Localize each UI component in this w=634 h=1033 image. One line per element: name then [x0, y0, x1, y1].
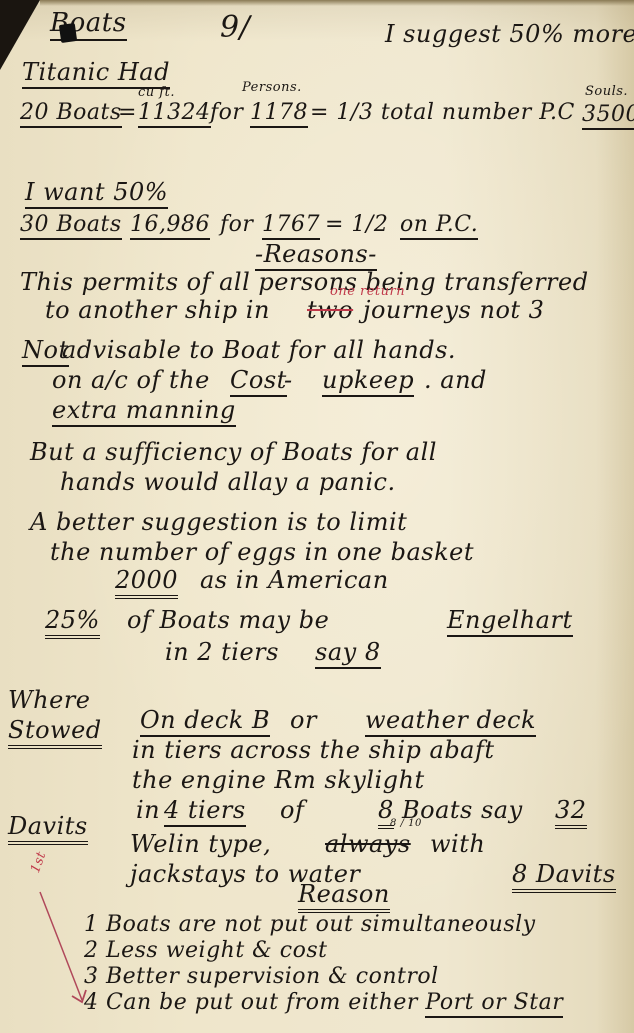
reason-item-3: 3 Better supervision & control [84, 964, 439, 989]
percent-25: 25% [45, 606, 100, 639]
with-word: with [430, 830, 485, 858]
two-tiers: in 2 tiers [165, 638, 279, 666]
header-note: I suggest 50% more [385, 20, 634, 48]
equals: = [118, 100, 137, 125]
four-tiers: 4 tiers [164, 796, 246, 827]
souls-label: Souls. [585, 84, 628, 99]
document-page: Boats 9/ I suggest 50% more Titanic Had … [0, 0, 634, 1033]
eight-davits: 8 Davits [512, 860, 616, 893]
number-2000: 2000 [115, 566, 178, 599]
of-word: of [280, 796, 304, 824]
stowed-line-2: in tiers across the ship abaft [132, 736, 495, 764]
reasons-line-2-end: journeys not 3 [363, 296, 544, 324]
struck-word: two [307, 296, 353, 324]
reason-item-1: 1 Boats are not put out simultaneously [84, 912, 536, 937]
reason-number: 1 [84, 912, 99, 937]
page-top-edge [40, 0, 634, 6]
stowed-label: Stowed [8, 716, 102, 749]
reason-text: Less weight & cost [106, 938, 327, 963]
engelhart-word: Engelhart [447, 606, 573, 637]
not-advisable-line-2a: on a/c of the [52, 366, 210, 394]
reason-text: Better supervision & control [106, 964, 439, 989]
i-want-label: I want 50% [25, 178, 168, 209]
cost-word: Cost [230, 366, 287, 397]
struck-always: always [325, 830, 411, 858]
upkeep-word: upkeep [322, 366, 414, 397]
ratio-text: = 1/3 total number P.C [310, 100, 575, 125]
reasons-line-1: This permits of all persons being transf… [20, 268, 589, 296]
ratio-text: = 1/2 [325, 212, 388, 237]
extra-manning: extra manning [52, 396, 236, 427]
in-word: in [136, 796, 160, 824]
welin-type: Welin type, [130, 830, 271, 858]
on-pc-text: on P.C. [400, 212, 478, 240]
reason-number: 2 [84, 938, 99, 963]
reason-item-4: 4 Can be put out from either Port or Sta… [84, 990, 563, 1015]
souls-value: 3500 [582, 102, 634, 130]
suggestion-line-3: as in American [200, 566, 389, 594]
cuft-value: 11324 [138, 100, 211, 128]
reason-text: Boats are not put out simultaneously [106, 912, 536, 937]
total-32: 32 [555, 796, 587, 829]
sufficiency-line-1: But a sufficiency of Boats for all [30, 438, 437, 466]
persons-label: Persons. [242, 80, 302, 95]
for-text: for [210, 100, 243, 125]
reason-number: 3 [84, 964, 99, 989]
and-word: . and [424, 366, 487, 394]
suggestion-line-2: the number of eggs in one basket [50, 538, 474, 566]
reasons-line-2-start: to another ship in [45, 296, 270, 324]
boats-count: 30 Boats [20, 212, 122, 240]
for-text: for [220, 212, 253, 237]
reason-item-2: 2 Less weight & cost [84, 938, 327, 963]
davits-label: Davits [8, 812, 88, 845]
persons-value: 1178 [250, 100, 308, 128]
persons-value: 1767 [262, 212, 320, 240]
reason-number: 4 [84, 990, 99, 1015]
cuft-value: 16,986 [130, 212, 210, 240]
sufficiency-line-2: hands would allay a panic. [60, 468, 396, 496]
reasons-heading: -Reasons- [255, 240, 377, 271]
dash: - [284, 366, 293, 394]
or-word: or [290, 706, 317, 734]
port-or-starboard: Port or Star [425, 990, 563, 1018]
engelhardt-text: of Boats may be [127, 606, 329, 634]
margin-annotation: 1st [28, 850, 50, 875]
stowed-line-3: the engine Rm skylight [132, 766, 425, 794]
boats-count: 20 Boats [20, 100, 122, 128]
where-label: Where [8, 686, 91, 714]
suggestion-line-1: A better suggestion is to limit [30, 508, 407, 536]
reason-heading: Reason [298, 880, 390, 913]
davits-annotation: 8 / 10 [390, 818, 422, 829]
ink-blot [59, 23, 77, 43]
page-mark: 9/ [220, 10, 250, 45]
on-deck-b: On deck B [140, 706, 270, 737]
weather-deck: weather deck [365, 706, 536, 737]
not-advisable-line-1: advisable to Boat for all hands. [62, 336, 456, 364]
cuft-label: cu ft. [138, 85, 175, 100]
say-8: say 8 [315, 638, 381, 669]
reason-text: Can be put out from either [106, 990, 418, 1015]
